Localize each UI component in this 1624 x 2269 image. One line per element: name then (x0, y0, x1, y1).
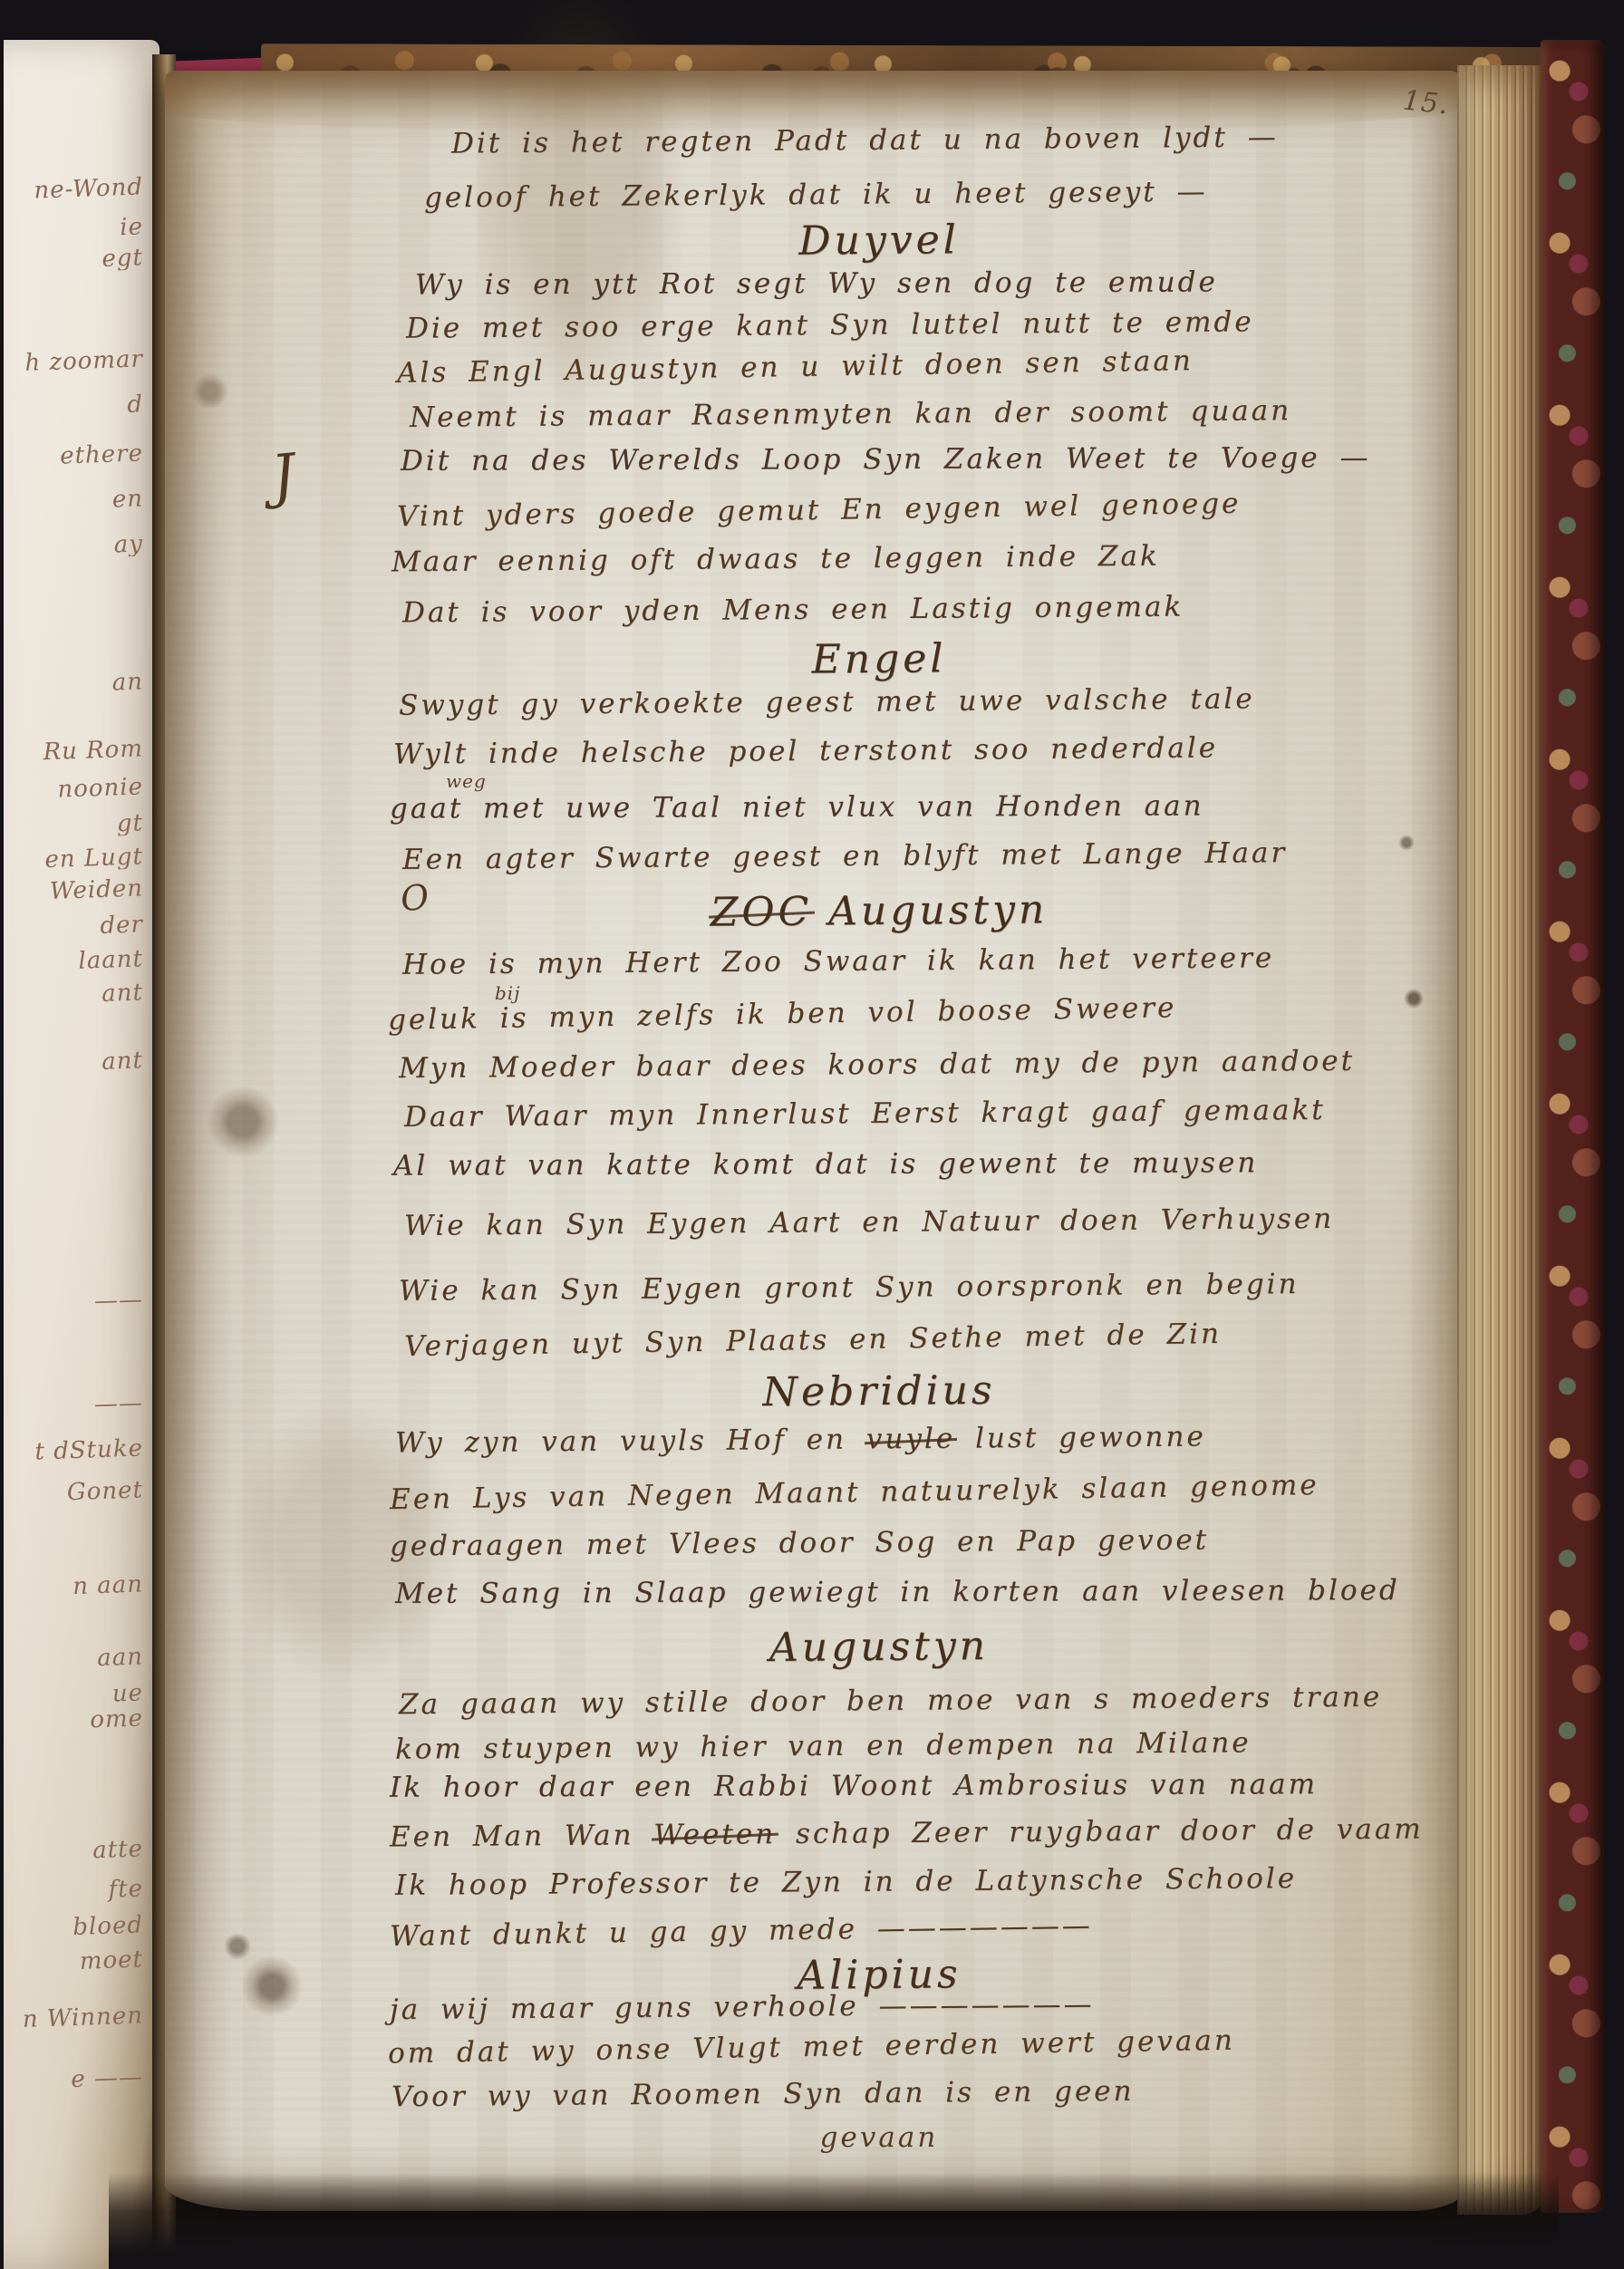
left-page-fragment: ant (0, 1048, 150, 1077)
left-page-fragment: d (0, 392, 150, 421)
manuscript-line: Za gaaan wy stille door ben moe van s mo… (399, 1684, 1382, 1720)
left-page-fragment: laant (0, 947, 150, 976)
left-page-fragment: fte (0, 1877, 150, 1906)
manuscript-line: Wie kan Syn Eygen gront Syn oorspronk en… (399, 1270, 1300, 1306)
manuscript-line: Een agter Swarte geest en blyft met Lang… (402, 839, 1287, 874)
left-page-fragment: ay (0, 532, 150, 561)
struck-word: Weeten (653, 1818, 776, 1851)
manuscript-line: gedraagen met Vlees door Sog en Pap gevo… (390, 1526, 1209, 1560)
left-page-fragment: ethere (0, 441, 150, 470)
manuscript-line: kom stuypen wy hier van en dempen na Mil… (395, 1729, 1252, 1763)
manuscript-line: Een Lys van Negen Maant natuurelyk slaan… (390, 1472, 1319, 1514)
manuscript-line: Myn Moeder baar dees koors dat my de pyn… (399, 1048, 1355, 1083)
manuscript-photo: { "colors":{ "background":"#141216", "pa… (0, 0, 1624, 2269)
left-page-fragment: Ru Rom (0, 737, 150, 766)
left-page-fragment: atte (0, 1837, 150, 1866)
manuscript-line: Ik hoop Professor te Zyn in de Latynsche… (395, 1865, 1297, 1900)
left-page-fragment: Weiden (0, 876, 150, 905)
manuscript-line: Verjagen uyt Syn Plaats en Sethe met de … (404, 1320, 1222, 1361)
manuscript-line: Wie kan Syn Eygen Aart en Natuur doen Ve… (404, 1205, 1334, 1241)
manuscript-line: Die met soo erge kant Syn luttel nutt te… (406, 308, 1254, 343)
manuscript-line: Al wat van katte komt dat is gewent te m… (393, 1149, 1258, 1180)
left-page-fragment: ue (0, 1681, 150, 1710)
left-page-fragment: t dStuke (0, 1436, 150, 1465)
manuscript-sup: weg (446, 772, 487, 790)
struck-word: ZOC (710, 889, 813, 936)
manuscript-text-layer: 15. ne-Wondieegth zoomardethereenayanRu … (0, 0, 1624, 2269)
left-page-fragment: n Winnen (0, 2003, 150, 2032)
manuscript-line: Een Man Wan Weeten schap Zeer ruygbaar d… (390, 1816, 1424, 1852)
left-page-fragment: noonie (0, 775, 150, 804)
left-page-fragment: gt (0, 811, 150, 840)
manuscript-line: ja wij maar guns verhoole ——————— (390, 1991, 1095, 2024)
left-page-fragment: moet (0, 1947, 150, 1976)
manuscript-line: Wy is en ytt Rot segt Wy sen dog te emud… (415, 268, 1218, 299)
manuscript-line: gaat met uwe Taal niet vlux van Honden a… (390, 792, 1204, 823)
manuscript-line: Dit na des Werelds Loop Syn Zaken Weet t… (401, 444, 1371, 476)
left-page-fragment: ie (0, 215, 150, 244)
manuscript-line: Voor wy van Roomen Syn dan is en geen (391, 2078, 1135, 2111)
manuscript-line: Dat is voor yden Mens een Lastig ongemak (402, 594, 1184, 628)
manuscript-line: Swygt gy verkoekte geest met uwe valsche… (399, 685, 1255, 719)
manuscript-catchword: gevaan (417, 2124, 1341, 2152)
left-page-fragment: aan (0, 1645, 150, 1674)
manuscript-heading: Duyvel (417, 217, 1341, 266)
manuscript-sup: bij (495, 984, 520, 1002)
left-page-fragment: ne-Wond (0, 175, 150, 204)
left-page-fragment: ome (0, 1706, 150, 1735)
page-number: 15. (1401, 84, 1450, 121)
manuscript-line: Ik hoor daar een Rabbi Woont Ambrosius v… (390, 1771, 1318, 1802)
struck-word: vuyle (866, 1423, 956, 1456)
margin-mark: J (269, 447, 298, 507)
left-page-fragment: h zoomar (0, 347, 150, 376)
left-page-fragment: an (0, 670, 150, 699)
left-page-fragment: —— (0, 1288, 150, 1317)
left-page-fragment: ant (0, 980, 150, 1009)
margin-mark: O (399, 879, 430, 916)
left-page-fragment: n aan (0, 1572, 150, 1601)
manuscript-line: Met Sang in Slaap gewiegt in korten aan … (395, 1577, 1400, 1608)
manuscript-heading: Nebridius (417, 1368, 1341, 1416)
manuscript-line: Neemt is maar Rasenmyten kan der soomt q… (410, 397, 1291, 432)
left-page-fragment: egt (0, 246, 150, 275)
manuscript-line: Daar Waar myn Innerlust Eerst kragt gaaf… (404, 1096, 1326, 1132)
manuscript-heading: Augustyn (417, 1624, 1341, 1672)
manuscript-heading: Engel (417, 636, 1341, 684)
manuscript-line: Als Engl Augustyn en u wilt doen sen sta… (397, 347, 1194, 388)
left-page-fragment: e —— (0, 2065, 150, 2094)
manuscript-line: Wy zyn van vuyls Hof en vuyle lust gewon… (395, 1423, 1206, 1457)
left-page-fragment: bloed (0, 1913, 150, 1942)
left-page-fragment: Gonet (0, 1478, 150, 1507)
manuscript-line: geloof het Zekerlyk dat ik u heet geseyt… (424, 179, 1208, 213)
manuscript-line: om dat wy onse Vlugt met eerden wert gev… (388, 2027, 1235, 2069)
left-page-fragment: der (0, 912, 150, 941)
manuscript-line: Dit is het regten Padt dat u na boven ly… (451, 123, 1279, 158)
manuscript-heading: ZOC Augustyn (417, 888, 1341, 936)
manuscript-line: Wylt inde helsche poel terstont soo nede… (393, 734, 1218, 768)
manuscript-line: Maar eennig oft dwaas te leggen inde Zak (391, 543, 1160, 577)
manuscript-line: Want dunkt u ga gy mede ——————— (390, 1912, 1093, 1951)
left-page-fragment: en Lugt (0, 845, 150, 874)
manuscript-line: Hoe is myn Hert Zoo Swaar ik kan het ver… (402, 944, 1274, 980)
left-page-fragment: —— (0, 1391, 150, 1420)
left-page-fragment: en (0, 487, 150, 516)
manuscript-line: Vint yders goede gemut En eygen wel geno… (397, 490, 1242, 532)
